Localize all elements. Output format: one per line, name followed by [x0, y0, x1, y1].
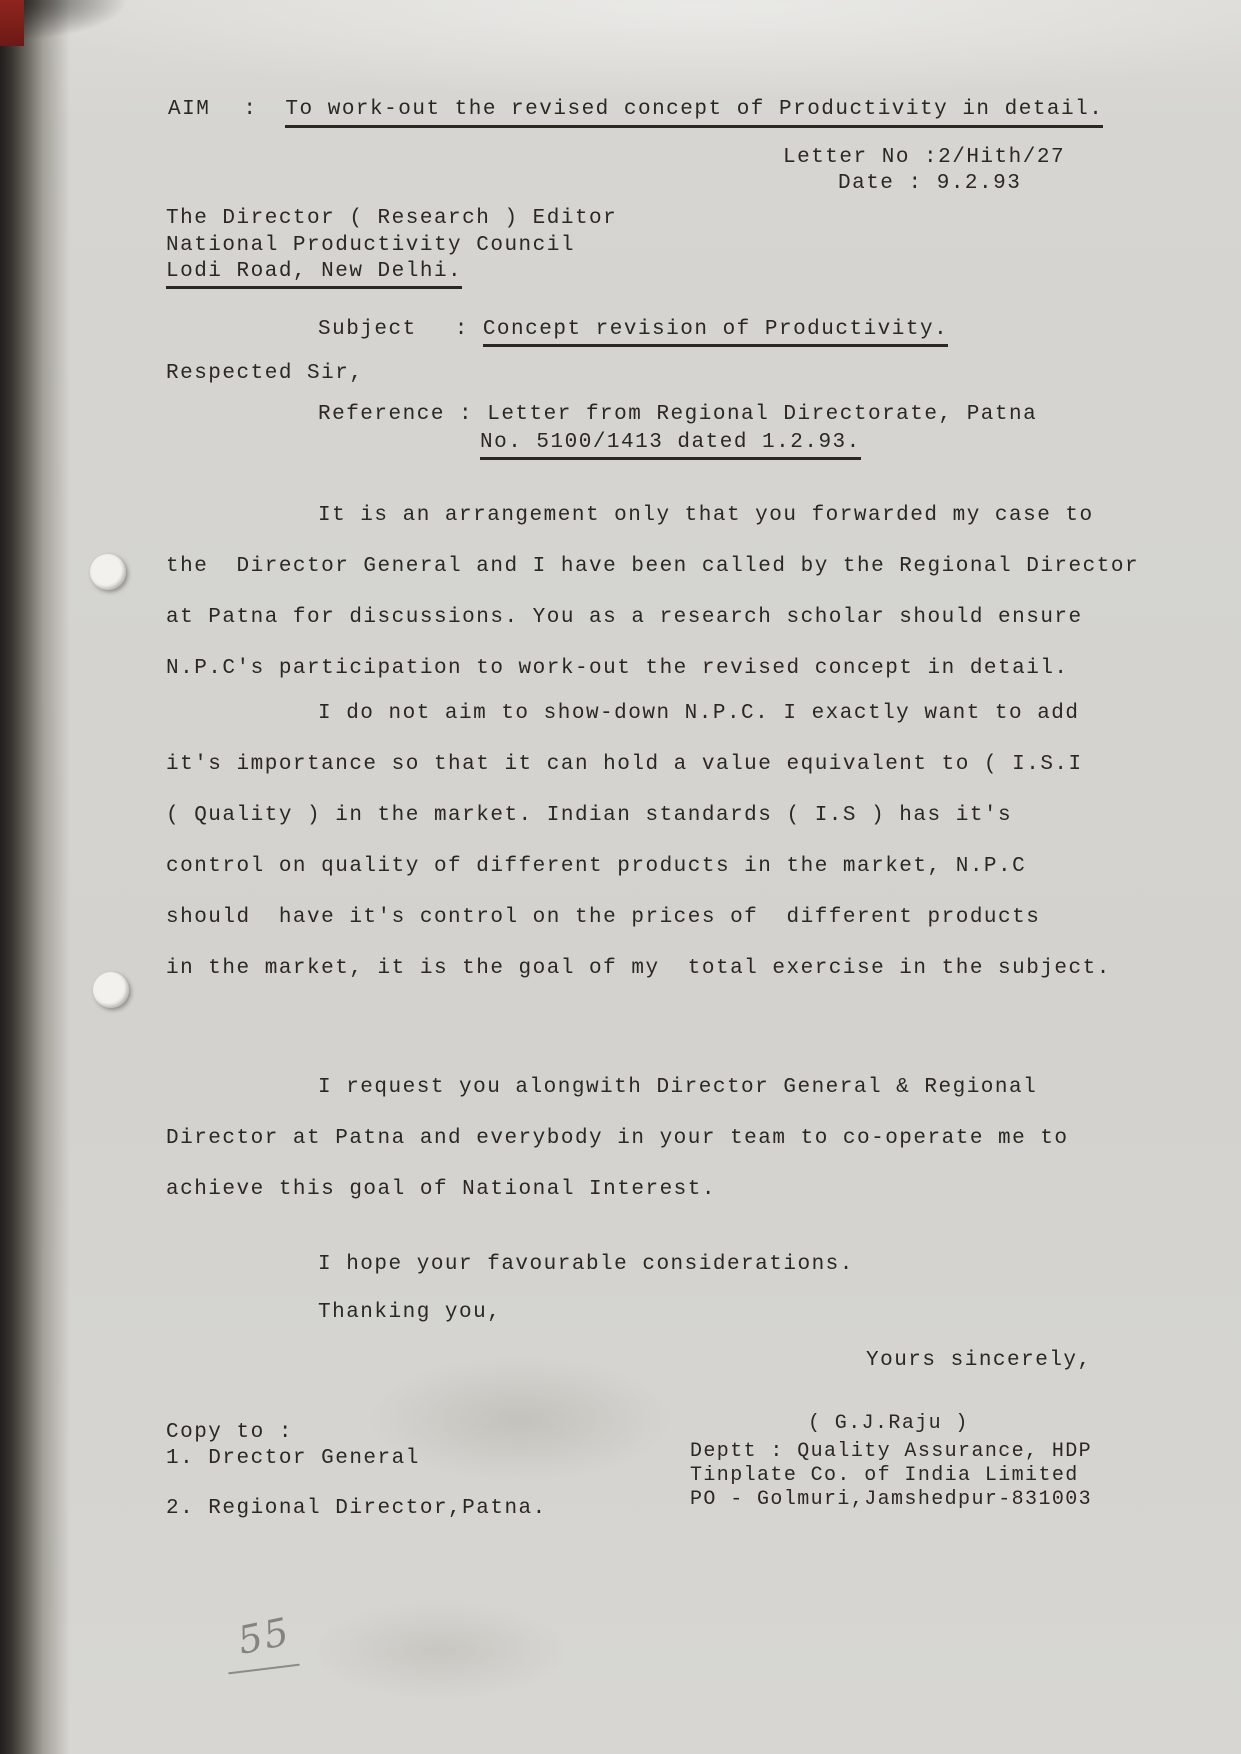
closing-hope: I hope your favourable considerations.: [318, 1253, 854, 1276]
copy-item-1: 1. Drector General: [166, 1447, 420, 1470]
body-paragraph-2: I do not aim to show-down N.P.C. I exact…: [166, 688, 1241, 994]
reference-line1: Reference : Letter from Regional Directo…: [318, 403, 1037, 426]
letter-number: Letter No :2/Hith/27: [783, 146, 1065, 169]
copy-to-label: Copy to :: [166, 1421, 293, 1444]
signature-company: Tinplate Co. of India Limited: [690, 1464, 1079, 1487]
closing-thanks: Thanking you,: [318, 1301, 501, 1324]
handwritten-underline: [228, 1664, 300, 1675]
body-paragraph-3: I request you alongwith Director General…: [166, 1062, 1241, 1215]
scanned-letter-page: AIM:To work-out the revised concept of P…: [0, 0, 1241, 1754]
reference-line2: No. 5100/1413 dated 1.2.93.: [480, 431, 861, 454]
copy-item-2: 2. Regional Director,Patna.: [166, 1497, 547, 1520]
subject-colon: :: [455, 318, 469, 341]
letter-date: Date : 9.2.93: [838, 172, 1021, 195]
subject-text: Concept revision of Productivity.: [483, 318, 948, 347]
subject-line: Subject:Concept revision of Productivity…: [318, 318, 948, 341]
recipient-line3: Lodi Road, New Delhi.: [166, 260, 462, 289]
aim-line: AIM:To work-out the revised concept of P…: [168, 98, 1103, 121]
signature-dept: Deptt : Quality Assurance, HDP: [690, 1440, 1092, 1463]
subject-label: Subject: [318, 318, 417, 341]
salutation: Respected Sir,: [166, 362, 363, 385]
handwritten-page-number: 55: [234, 1609, 294, 1663]
signature-name: ( G.J.Raju ): [808, 1412, 969, 1435]
scan-topleft-shadow: [0, 0, 190, 60]
recipient-block: The Director ( Research ) Editor Nationa…: [166, 206, 617, 286]
punch-hole-bottom: [93, 972, 129, 1008]
aim-label: AIM: [168, 98, 210, 121]
scan-left-edge-shadow: [0, 0, 70, 1754]
signoff: Yours sincerely,: [866, 1349, 1092, 1372]
punch-hole-top: [90, 554, 126, 590]
body-paragraph-1: It is an arrangement only that you forwa…: [166, 490, 1241, 694]
aim-colon: :: [243, 98, 257, 121]
recipient-line2: National Productivity Council: [166, 234, 575, 257]
aim-text: To work-out the revised concept of Produ…: [285, 98, 1103, 128]
red-corner-mark: [0, 0, 24, 46]
recipient-line1: The Director ( Research ) Editor: [166, 207, 617, 230]
signature-address: PO - Golmuri,Jamshedpur-831003: [690, 1488, 1092, 1511]
